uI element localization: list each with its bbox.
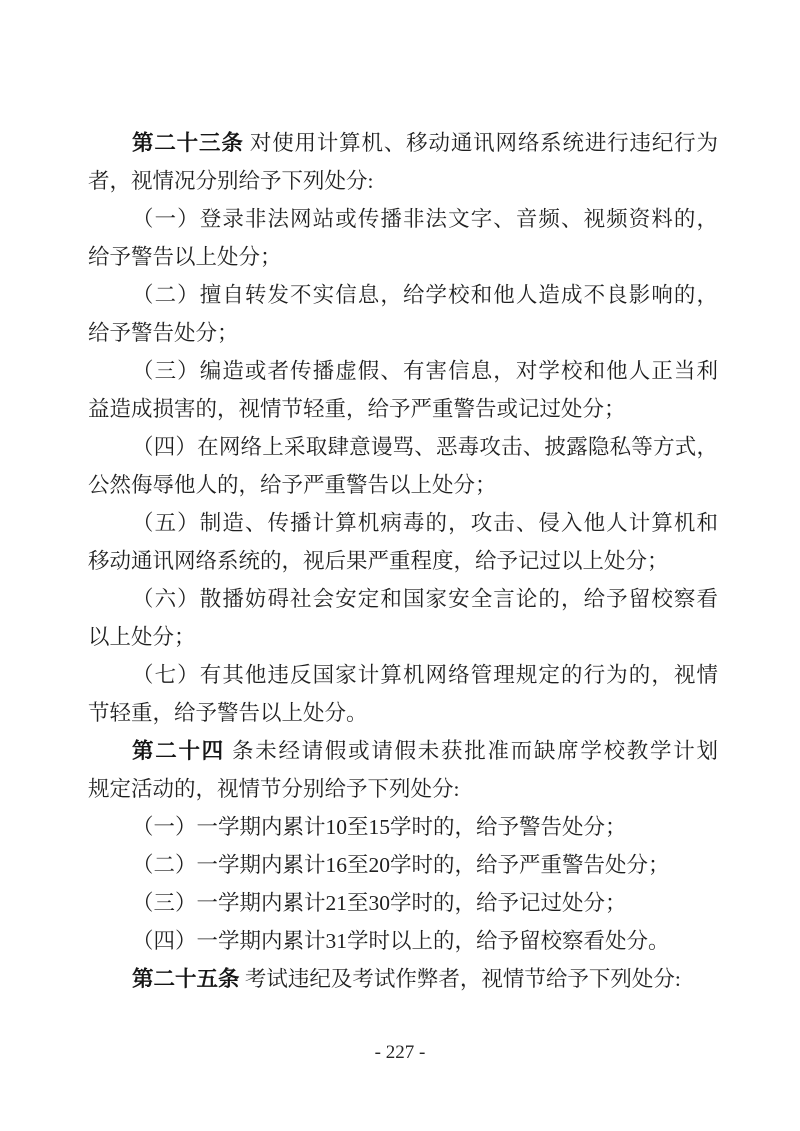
line-text: 给予警告以上处分； xyxy=(88,245,282,269)
line-text: 公然侮辱他人的，给予严重警告以上处分； xyxy=(88,473,497,497)
text-line: （一）登录非法网站或传播非法文字、音频、视频资料的， xyxy=(88,200,718,238)
line-text: （五）制造、传播计算机病毒的，攻击、侵入他人计算机和 xyxy=(132,511,718,535)
article-number: 第二十五条 xyxy=(132,967,240,991)
line-text: （四）在网络上采取肆意谩骂、恶毒攻击、披露隐私等方式， xyxy=(132,435,718,459)
line-text: 考试违纪及考试作弊者，视情节给予下列处分: xyxy=(240,967,681,991)
text-line: （二）一学期内累计16至20学时的，给予严重警告处分； xyxy=(88,846,718,884)
text-line: （六）散播妨碍社会安定和国家安全言论的，给予留校察看 xyxy=(88,580,718,618)
line-text: （四）一学期内累计31学时以上的，给予留校察看处分。 xyxy=(132,929,670,953)
text-line: （三）一学期内累计21至30学时的，给予记过处分； xyxy=(88,884,718,922)
line-text: 节轻重，给予警告以上处分。 xyxy=(88,701,368,725)
text-line: 节轻重，给予警告以上处分。 xyxy=(88,694,718,732)
text-line: 移动通讯网络系统的，视后果严重程度，给予记过以上处分； xyxy=(88,542,718,580)
line-text: 者，视情况分别给予下列处分: xyxy=(88,169,373,193)
document-body: 第二十三条 对使用计算机、移动通讯网络系统进行违纪行为者，视情况分别给予下列处分… xyxy=(88,124,718,998)
text-line: 第二十三条 对使用计算机、移动通讯网络系统进行违纪行为 xyxy=(88,124,718,162)
line-text: 条未经请假或请假未获批准而缺席学校教学计划 xyxy=(225,739,718,763)
text-line: （七）有其他违反国家计算机网络管理规定的行为的，视情 xyxy=(88,656,718,694)
text-line: 给予警告处分； xyxy=(88,314,718,352)
line-text: 移动通讯网络系统的，视后果严重程度，给予记过以上处分； xyxy=(88,549,669,573)
line-text: （六）散播妨碍社会安定和国家安全言论的，给予留校察看 xyxy=(132,587,718,611)
page-number: - 227 - xyxy=(0,1042,800,1064)
line-text: （一）登录非法网站或传播非法文字、音频、视频资料的， xyxy=(132,207,718,231)
line-text: （一）一学期内累计10至15学时的，给予警告处分； xyxy=(132,815,627,839)
line-text: （三）编造或者传播虚假、有害信息，对学校和他人正当利 xyxy=(132,359,718,383)
text-line: （三）编造或者传播虚假、有害信息，对学校和他人正当利 xyxy=(88,352,718,390)
line-text: 对使用计算机、移动通讯网络系统进行违纪行为 xyxy=(244,131,718,155)
text-line: （四）在网络上采取肆意谩骂、恶毒攻击、披露隐私等方式， xyxy=(88,428,718,466)
text-line: （五）制造、传播计算机病毒的，攻击、侵入他人计算机和 xyxy=(88,504,718,542)
article-number: 第二十四 xyxy=(132,739,225,763)
text-line: 规定活动的，视情节分别给予下列处分: xyxy=(88,770,718,808)
document-page: 第二十三条 对使用计算机、移动通讯网络系统进行违纪行为者，视情况分别给予下列处分… xyxy=(0,0,800,1131)
line-text: （七）有其他违反国家计算机网络管理规定的行为的，视情 xyxy=(132,663,718,687)
line-text: （二）擅自转发不实信息，给学校和他人造成不良影响的， xyxy=(132,283,718,307)
text-line: 给予警告以上处分； xyxy=(88,238,718,276)
text-line: 以上处分； xyxy=(88,618,718,656)
line-text: 益造成损害的，视情节轻重，给予严重警告或记过处分； xyxy=(88,397,626,421)
text-line: 第二十四 条未经请假或请假未获批准而缺席学校教学计划 xyxy=(88,732,718,770)
text-line: 益造成损害的，视情节轻重，给予严重警告或记过处分； xyxy=(88,390,718,428)
text-line: （二）擅自转发不实信息，给学校和他人造成不良影响的， xyxy=(88,276,718,314)
text-line: （一）一学期内累计10至15学时的，给予警告处分； xyxy=(88,808,718,846)
text-line: 公然侮辱他人的，给予严重警告以上处分； xyxy=(88,466,718,504)
article-number: 第二十三条 xyxy=(132,131,244,155)
text-line: 者，视情况分别给予下列处分: xyxy=(88,162,718,200)
text-line: （四）一学期内累计31学时以上的，给予留校察看处分。 xyxy=(88,922,718,960)
line-text: （三）一学期内累计21至30学时的，给予记过处分； xyxy=(132,891,627,915)
line-text: 以上处分； xyxy=(88,625,196,649)
line-text: 规定活动的，视情节分别给予下列处分: xyxy=(88,777,459,801)
line-text: （二）一学期内累计16至20学时的，给予严重警告处分； xyxy=(132,853,670,877)
text-line: 第二十五条 考试违纪及考试作弊者，视情节给予下列处分: xyxy=(88,960,718,998)
line-text: 给予警告处分； xyxy=(88,321,239,345)
